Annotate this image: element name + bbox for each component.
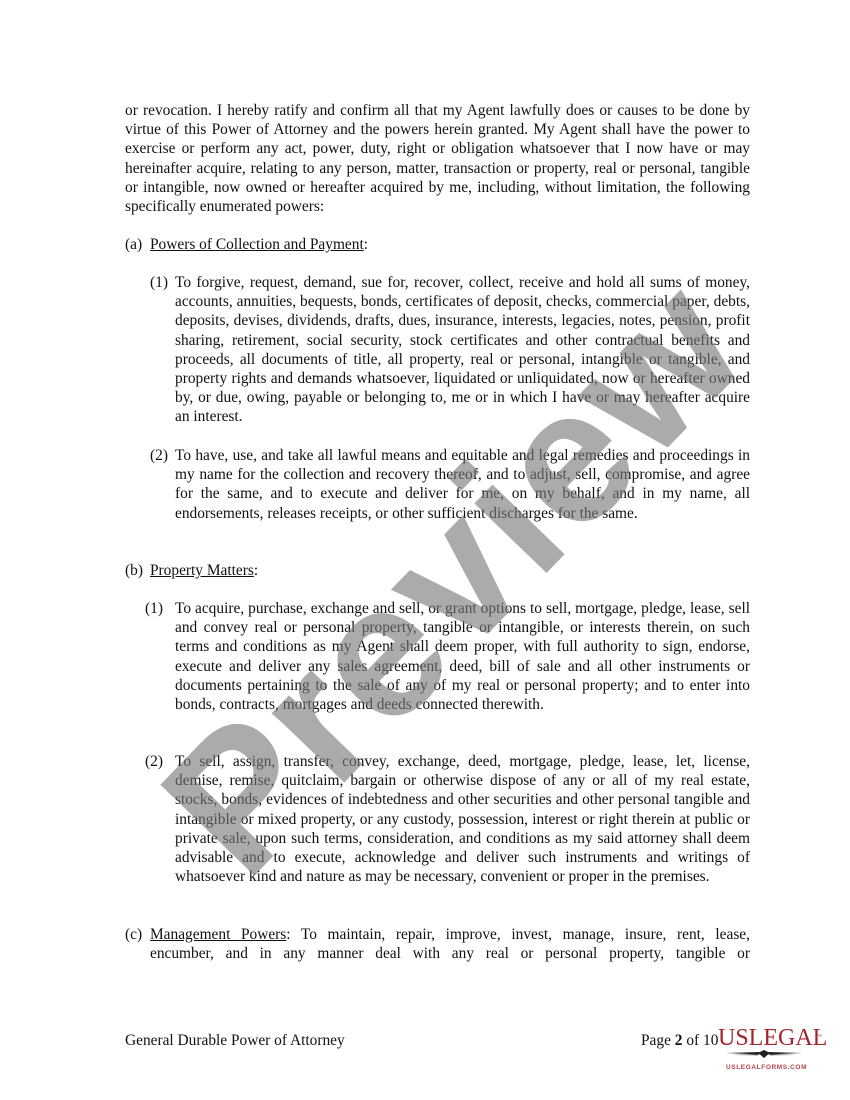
item-number: (2)	[145, 752, 163, 771]
page-prefix: Page	[641, 1032, 675, 1049]
section-b-title: Property Matters	[150, 562, 254, 579]
section-b-item-2: (2) To sell, assign, transfer, convey, e…	[150, 752, 750, 886]
section-a-heading: (a)Powers of Collection and Payment:	[125, 235, 368, 254]
trademark-symbol: ™	[817, 1028, 822, 1047]
item-number: (2)	[150, 446, 168, 465]
page-middle: of	[682, 1032, 703, 1049]
item-text: To forgive, request, demand, sue for, re…	[175, 273, 750, 427]
section-c-text-block: Management Powers: To maintain, repair, …	[150, 925, 750, 963]
section-b-label: (b)	[125, 561, 150, 580]
logo-url: USLEGALFORMS.COM	[726, 1058, 807, 1077]
section-a-item-2: (2) To have, use, and take all lawful me…	[150, 446, 750, 523]
logo-brand-text: USLEGAL	[718, 1026, 827, 1050]
section-a-label: (a)	[125, 235, 150, 254]
intro-paragraph: or revocation. I hereby ratify and confi…	[125, 101, 750, 216]
section-b-colon: :	[254, 562, 258, 579]
section-a-title: Powers of Collection and Payment	[150, 236, 364, 253]
item-number: (1)	[150, 273, 168, 292]
uslegal-logo[interactable]: USLEGAL ™ USLEGALFORMS.COM	[718, 1026, 823, 1068]
item-number: (1)	[145, 599, 163, 618]
section-c-label: (c)	[125, 925, 142, 944]
item-text: To have, use, and take all lawful means …	[175, 446, 750, 523]
page-total: 10	[703, 1032, 718, 1049]
section-a-item-1: (1) To forgive, request, demand, sue for…	[150, 273, 750, 427]
eagle-icon	[724, 1050, 804, 1058]
item-text: To acquire, purchase, exchange and sell,…	[175, 599, 750, 714]
section-c-title: Management Powers	[150, 926, 286, 943]
section-b-item-1: (1) To acquire, purchase, exchange and s…	[150, 599, 750, 714]
document-page: or revocation. I hereby ratify and confi…	[0, 0, 850, 1100]
section-b-heading: (b)Property Matters:	[125, 561, 258, 580]
section-a-colon: :	[364, 236, 368, 253]
footer-page-number: Page 2 of 10	[641, 1031, 718, 1050]
section-c: (c) Management Powers: To maintain, repa…	[125, 925, 750, 963]
footer-document-title: General Durable Power of Attorney	[125, 1031, 345, 1050]
item-text: To sell, assign, transfer, convey, excha…	[175, 752, 750, 886]
